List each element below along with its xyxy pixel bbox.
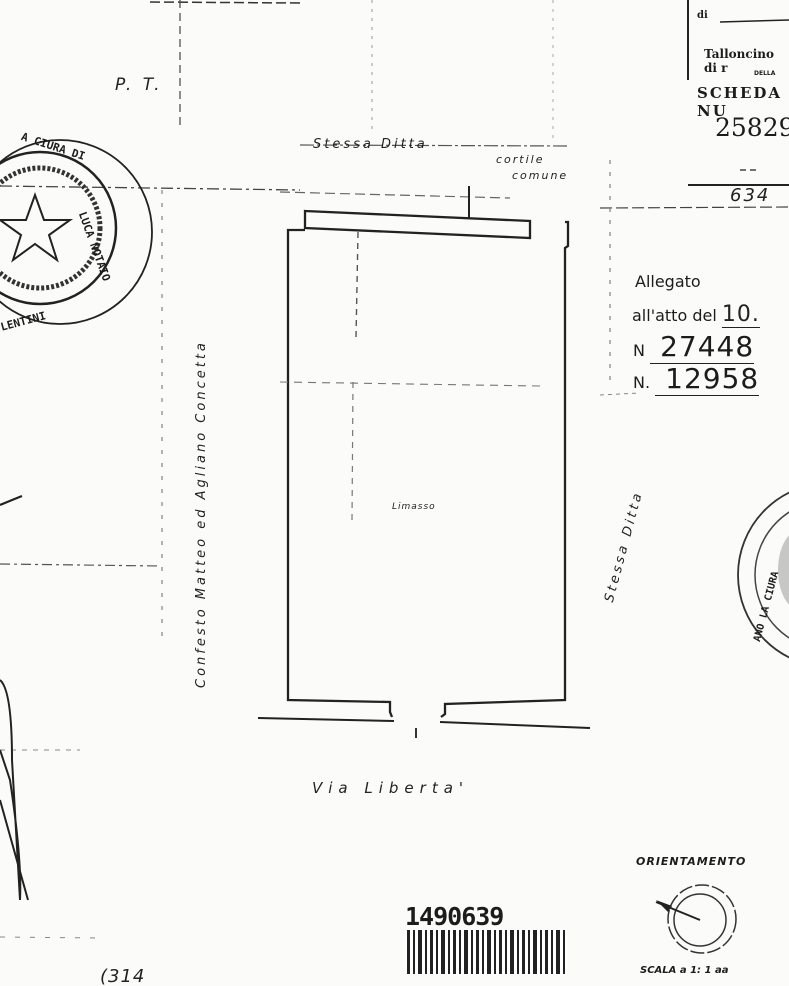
scale-label: SCALA a 1: 1 aa [640, 965, 728, 976]
scheda-number: 25829 [715, 113, 789, 142]
notary-stamp-left [0, 140, 152, 324]
n1-row: N 27448 [633, 330, 754, 363]
n1-value: 27448 [650, 330, 754, 364]
n1-label: N [633, 341, 645, 360]
north-neighbor-label: Stessa Ditta [313, 137, 428, 152]
street-label: Via Liberta' [312, 779, 469, 797]
compass-icon [656, 885, 736, 953]
n2-label: N. [633, 373, 650, 392]
n2-row: N. 12958 [633, 362, 759, 395]
n2-value: 12958 [655, 362, 759, 396]
courtyard-label-line2: comune [512, 169, 568, 182]
barcode [405, 930, 567, 974]
handwritten-bottom: (314 [100, 966, 145, 986]
west-neighbor-label: Confesto Matteo ed Agliano Concetta [194, 340, 209, 688]
atto-label: all'atto del [632, 306, 717, 325]
di-label: di [697, 10, 708, 21]
courtyard-label-line1: cortile [496, 153, 545, 166]
orientation-label: ORIENTAMENTO [636, 855, 746, 868]
floor-label: P. T. [115, 75, 163, 95]
room-label: Limasso [392, 502, 436, 512]
atto-date: 10. [722, 302, 760, 328]
atto-row: all'atto del 10. [632, 302, 760, 327]
handwritten-code: 634 [730, 185, 770, 206]
allegato-label: Allegato [635, 272, 701, 291]
talloncino-label: Talloncino di r [704, 47, 789, 75]
barcode-number: 1490639 [405, 902, 503, 931]
della-label: DELLA [754, 70, 775, 77]
